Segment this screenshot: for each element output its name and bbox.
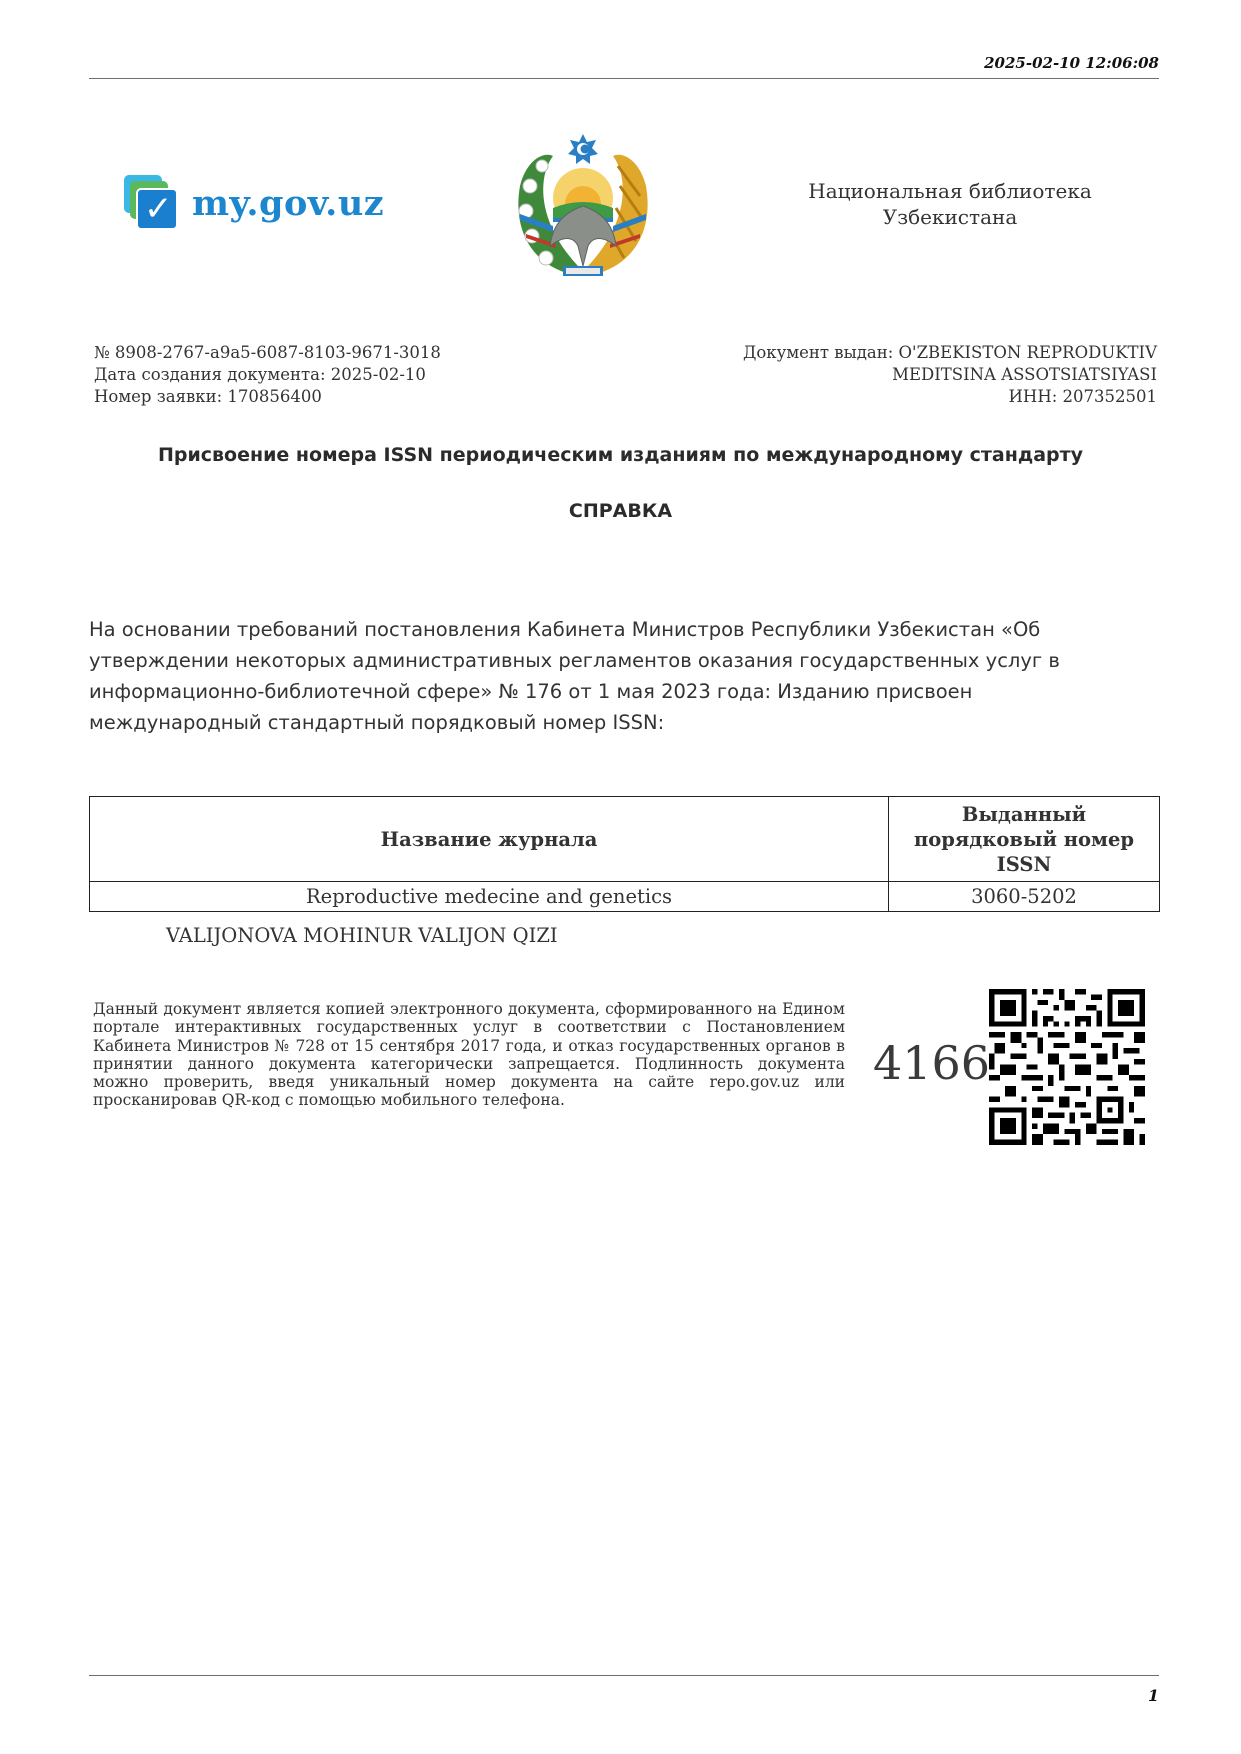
checkmark-stack-icon: ✓ [122,175,178,231]
state-emblem-icon [508,126,658,286]
print-timestamp: 2025-02-10 12:06:08 [984,54,1159,72]
issn-cell: 3060-5202 [889,882,1160,912]
issuer-line-1: Национальная библиотека [790,178,1110,204]
document-meta: № 8908-2767-a9a5-6087-8103-9671-3018 Дат… [94,342,441,408]
body-paragraph: На основании требований постановления Ка… [89,614,1089,738]
mygov-logo-text: my.gov.uz [192,183,384,224]
journal-name-cell: Reproductive medecine and genetics [90,882,889,912]
header-issn-number: Выданный порядковый номер ISSN [889,797,1160,882]
header-journal-name: Название журнала [90,797,889,882]
issuer-line-2: Узбекистана [790,204,1110,230]
mygov-logo: ✓ my.gov.uz [122,175,384,231]
request-number: Номер заявки: 170856400 [94,386,441,408]
recipient-meta: Документ выдан: O'ZBEKISTON REPRODUKTIV … [743,342,1157,408]
disclaimer-text: Данный документ является копией электрон… [93,1000,845,1110]
issuing-organization: Национальная библиотека Узбекистана [790,178,1110,230]
inn: ИНН: 207352501 [743,386,1157,408]
verification-code: 4166 [873,1036,990,1090]
issn-table: Название журнала Выданный порядковый ном… [89,796,1160,912]
document-subtitle: СПРАВКА [0,500,1241,522]
footer-divider [89,1675,1159,1676]
table-row: Reproductive medecine and genetics 3060-… [90,882,1160,912]
qr-code-icon[interactable] [989,989,1145,1145]
page-number: 1 [1148,1686,1159,1705]
table-header-row: Название журнала Выданный порядковый ном… [90,797,1160,882]
issued-to-line-1: Документ выдан: O'ZBEKISTON REPRODUKTIV [743,342,1157,364]
issued-to-line-2: MEDITSINA ASSOTSIATSIYASI [743,364,1157,386]
document-number: № 8908-2767-a9a5-6087-8103-9671-3018 [94,342,441,364]
signer-name: VALIJONOVA MOHINUR VALIJON QIZI [166,924,558,947]
header-divider [89,78,1159,79]
creation-date: Дата создания документа: 2025-02-10 [94,364,441,386]
document-title: Присвоение номера ISSN периодическим изд… [0,444,1241,466]
